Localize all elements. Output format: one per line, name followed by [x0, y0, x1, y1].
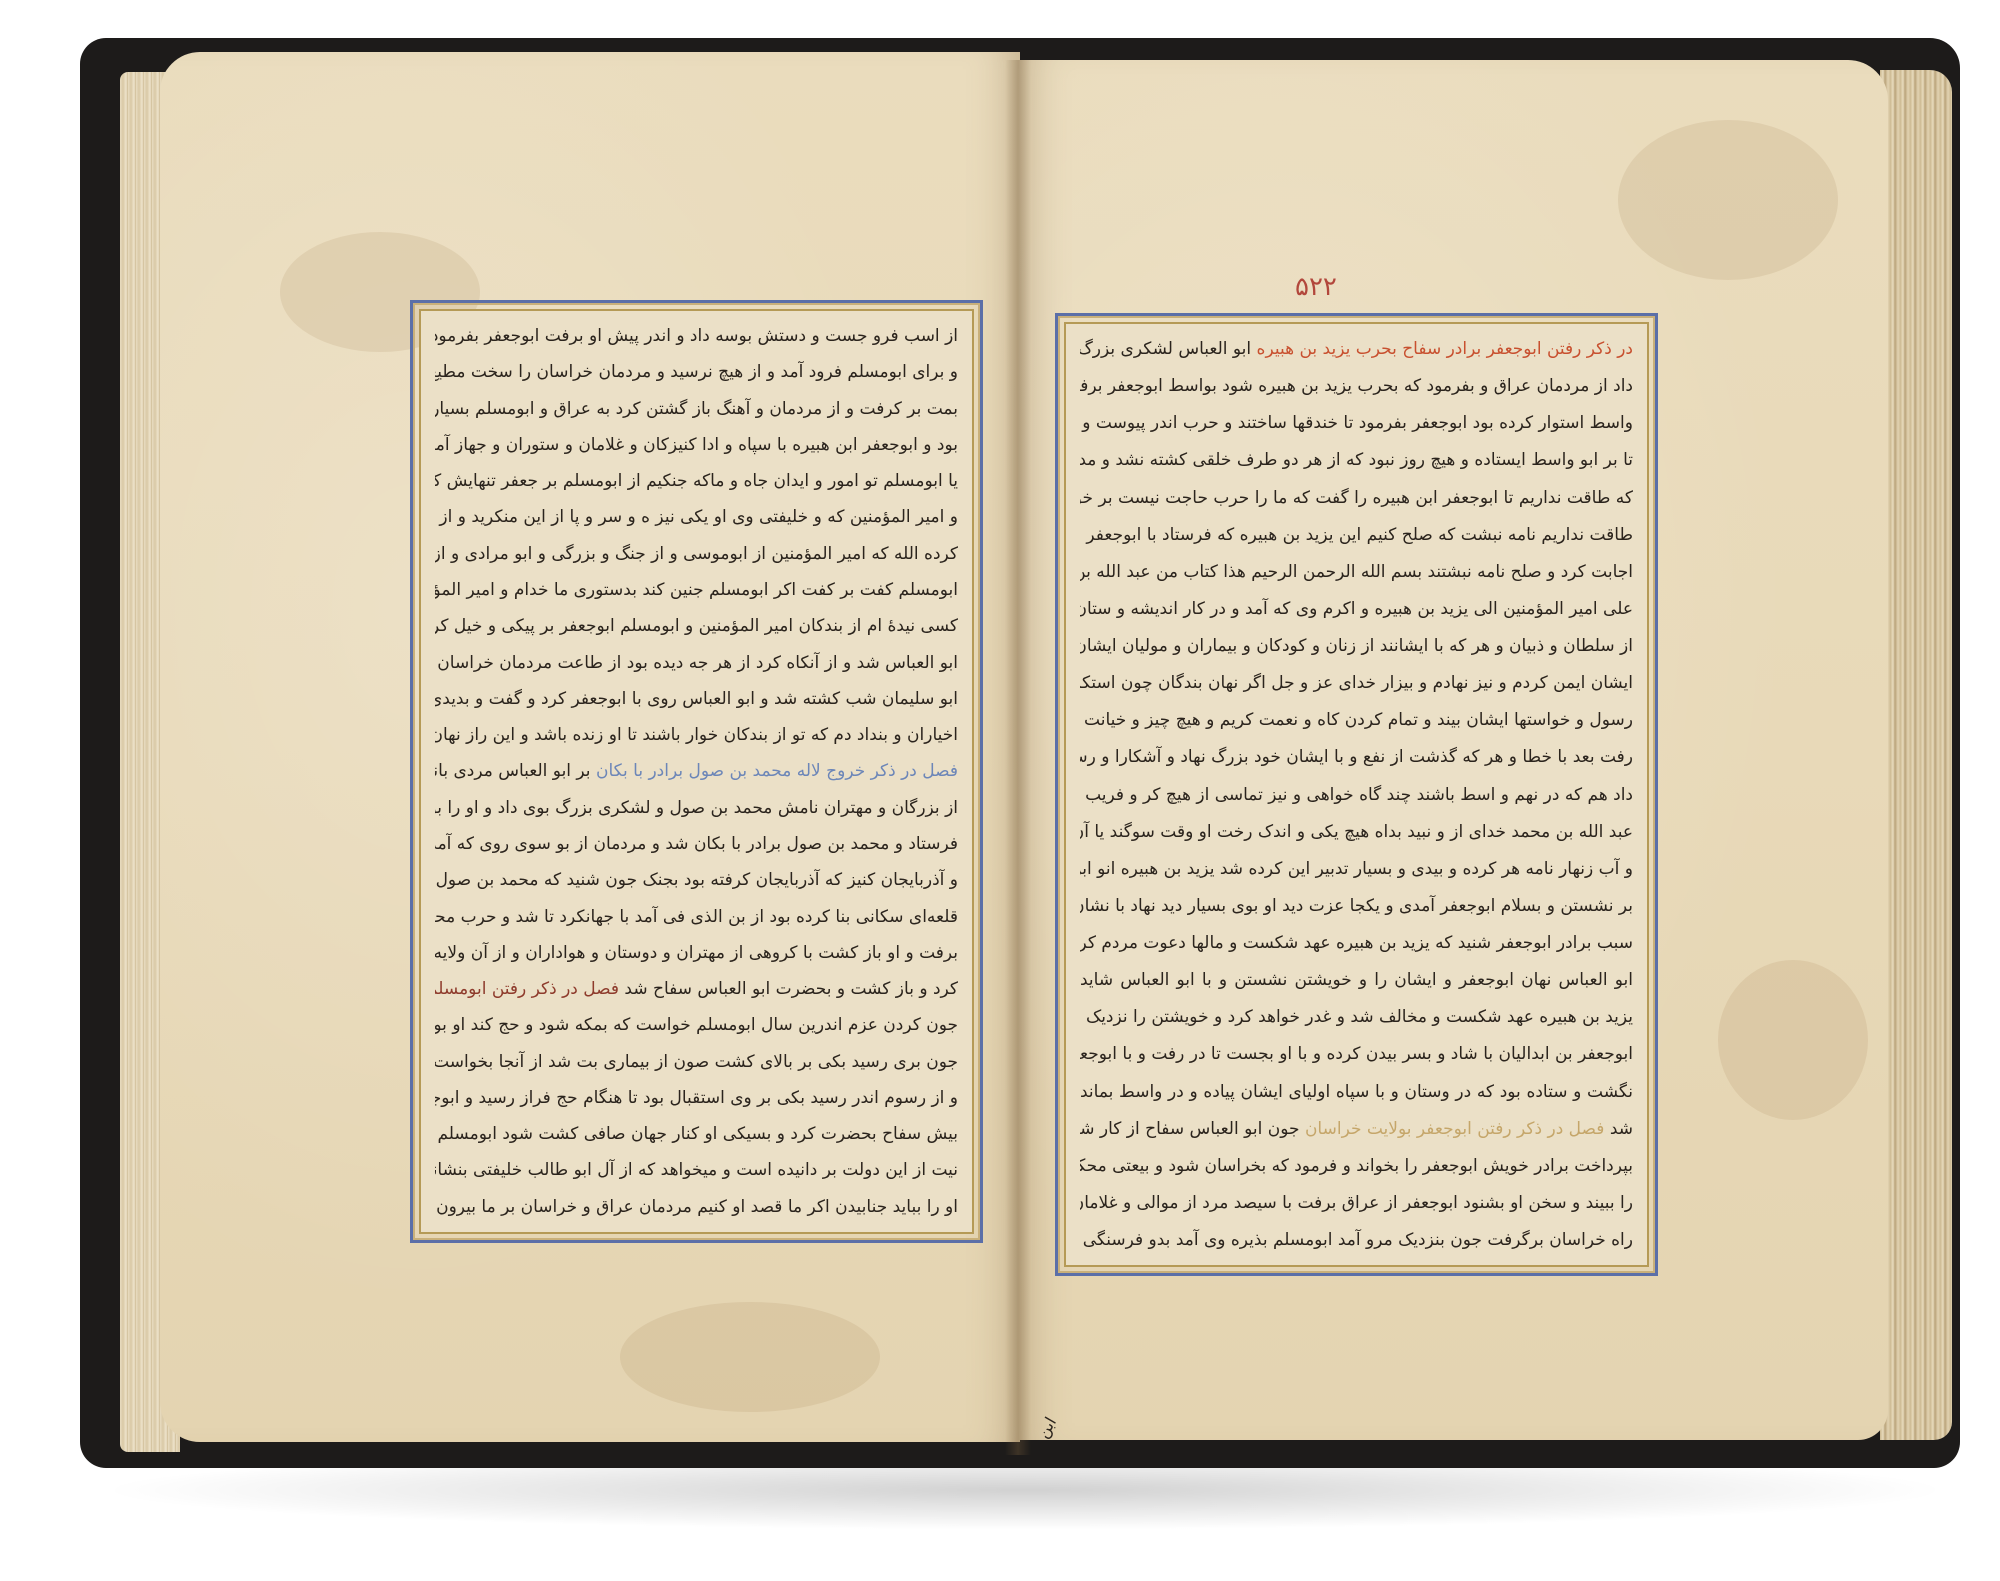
text-line: نیت از این دولت بر دانیده است و میخواهد …	[435, 1157, 958, 1183]
text-line: علی امیر المؤمنین الی یزید بن هبیره و اک…	[1080, 596, 1633, 622]
text-line: کرده الله که امیر المؤمنین از ابوموسی و …	[435, 541, 958, 567]
right-text-panel: در ذکر رفتن ابوجعفر برادر سفاح بحرب یزید…	[1064, 322, 1649, 1267]
text-line: و امیر المؤمنین که و خلیفتی وی او یکی نی…	[435, 504, 958, 530]
text-line: رسول و خواستها ایشان بیند و تمام کردن کا…	[1080, 707, 1633, 733]
right-text-frame: در ذکر رفتن ابوجعفر برادر سفاح بحرب یزید…	[1055, 313, 1658, 1276]
text-line: فرستاد و محمد بن صول برادر با بکان شد و …	[435, 831, 958, 857]
text-line: قلعه‌ای سکانی بنا کرده بود از بن الذی فی…	[435, 904, 958, 930]
text-line: از اسب فرو جست و دستش بوسه داد و اندر پی…	[435, 323, 958, 349]
right-text-lines: در ذکر رفتن ابوجعفر برادر سفاح بحرب یزید…	[1080, 336, 1633, 1253]
text-line: اجابت کرد و صلح نامه نبشتند بسم الله الر…	[1080, 559, 1633, 585]
folio-number: ۵۲۲	[1295, 272, 1337, 302]
text-line: کسی نیدهٔ ام از بندکان امیر المؤمنین و ا…	[435, 613, 958, 639]
text-line: ایشان ایمن کردم و نیز نهادم و بیزار خدای…	[1080, 670, 1633, 696]
text-line: راه خراسان برگرفت جون بنزدیک مرو آمد ابو…	[1080, 1227, 1633, 1253]
text-line: و از رسوم اندر رسید بکی بر وی استقبال بو…	[435, 1085, 958, 1111]
text-line: اخیاران و بنداد دم که تو از بندکان خوار …	[435, 722, 958, 748]
text-line: جون کردن عزم اندرین سال ابومسلم خواست که…	[435, 1012, 958, 1038]
text-line: رفت بعد با خطا و هر که گذشت از نفع و با …	[1080, 744, 1633, 770]
text-line: بیش سفاح بحضرت کرد و بسیکی او کنار جهان …	[435, 1121, 958, 1147]
rubric-heading-gold: فصل در ذکر رفتن ابوجعفر بولایت خراسان	[1305, 1119, 1604, 1139]
text-line: نگشت و ستاده بود که در وستان و با سپاه ا…	[1080, 1079, 1633, 1105]
left-text-lines: از اسب فرو جست و دستش بوسه داد و اندر پی…	[435, 323, 958, 1220]
text-line: ابو العباس نهان ابوجعفر و ایشان را و خوی…	[1080, 967, 1633, 993]
text-line: یزید بن هبیره عهد شکست و مخالف شد و غدر …	[1080, 1004, 1633, 1030]
right-page-edges	[1880, 70, 1952, 1440]
text-line: و برای ابومسلم فرود آمد و از هیچ نرسید و…	[435, 359, 958, 385]
text-line: ابوجعفر بن ابدالیان با شاد و بسر بیدن کر…	[1080, 1041, 1633, 1067]
text-line: او را بباید جنابیدن اکر ما قصد او کنیم م…	[435, 1194, 958, 1220]
text-line: بمت بر کرفت و از مردمان و آهنگ باز گشتن …	[435, 396, 958, 422]
text-fragment: بر ابو العباس مردی بانجامد	[435, 761, 591, 781]
left-text-frame: از اسب فرو جست و دستش بوسه داد و اندر پی…	[410, 300, 983, 1243]
text-line: عبد الله بن محمد خدای از و نبید بداه هیچ…	[1080, 819, 1633, 845]
text-fragment: کرد و باز کشت و بحضرت ابو العباس سفاح شد	[624, 979, 958, 999]
text-line: و آذربایجان کنیز که آذربایجان کرفته بود …	[435, 867, 958, 893]
text-line: سبب برادر ابوجعفر شنید که یزید بن هبیره …	[1080, 930, 1633, 956]
paper-stain	[1618, 120, 1838, 280]
text-line: بپرداخت برادر خویش ابوجعفر را بخواند و ف…	[1080, 1153, 1633, 1179]
text-line: از بزرگان و مهتران نامش محمد بن صول و لش…	[435, 795, 958, 821]
rubric-heading-maroon: فصل در ذکر رفتن ابومسلم از خراسان بحج کر…	[435, 979, 619, 999]
text-line: بود و ابوجعفر ابن هبیره با سپاه و ادا کن…	[435, 432, 958, 458]
text-line: داد از مردمان عراق و بفرمود که بحرب یزید…	[1080, 373, 1633, 399]
rubric-heading-red: در ذکر رفتن ابوجعفر برادر سفاح بحرب یزید…	[1257, 339, 1633, 359]
gutter-fold	[1005, 60, 1031, 1455]
text-line: و آب زنهار نامه هر کرده و بیدی و بسیار ت…	[1080, 856, 1633, 882]
text-line: را ببیند و سخن او بشنود ابوجعفر از عراق …	[1080, 1190, 1633, 1216]
text-line: ابو سلیمان شب کشته شد و ابو العباس روی ب…	[435, 686, 958, 712]
rubric-heading-blue: فصل در ذکر خروج لاله محمد بن صول برادر ب…	[596, 761, 958, 781]
paper-stain	[620, 1302, 880, 1412]
heading-line: شد فصل در ذکر رفتن ابوجعفر بولایت خراسان…	[1080, 1116, 1633, 1142]
text-fragment: جون ابو العباس سفاح از کار شام و عراق	[1080, 1119, 1300, 1139]
paper-stain	[1718, 960, 1868, 1120]
text-line: بر نشستن و بسلام ابوجعفر آمدی و یکجا عزت…	[1080, 893, 1633, 919]
text-line: ابومسلم کفت بر کفت اکر ابومسلم جنین کند …	[435, 577, 958, 603]
heading-line: فصل در ذکر خروج لاله محمد بن صول برادر ب…	[435, 758, 958, 784]
text-line: داد هم که در نهم و اسط باشند چند گاه خوا…	[1080, 782, 1633, 808]
text-line: تا بر ابو واسط ایستاده و هیچ روز نبود که…	[1080, 447, 1633, 473]
left-text-panel: از اسب فرو جست و دستش بوسه داد و اندر پی…	[419, 309, 974, 1234]
text-line: واسط استوار کرده بود ابوجعفر بفرمود تا خ…	[1080, 410, 1633, 436]
text-line: که طاقت نداریم تا ابوجعفر ابن هبیره را گ…	[1080, 485, 1633, 511]
heading-line: در ذکر رفتن ابوجعفر برادر سفاح بحرب یزید…	[1080, 336, 1633, 362]
text-line: برفت و او باز کشت با کروهی از مهتران و د…	[435, 940, 958, 966]
text-line: طاقت نداریم نامه نبشت که صلح کنیم این یز…	[1080, 522, 1633, 548]
text-fragment: شد	[1610, 1119, 1633, 1139]
manuscript-photo: ۵۲۲ از اسب فرو جست و دستش بوسه داد و اند…	[0, 0, 2000, 1581]
text-line: از سلطان و ذبیان و هر که با ایشانند از ز…	[1080, 633, 1633, 659]
heading-line: کرد و باز کشت و بحضرت ابو العباس سفاح شد…	[435, 976, 958, 1002]
text-fragment: ابو العباس لشکری بزرگ برابوجعفر	[1080, 339, 1251, 359]
text-line: جون بری رسید بکی بر بالای کشت صون از بیم…	[435, 1049, 958, 1075]
text-line: ابو العباس شد و از آنکاه کرد از هر جه دی…	[435, 650, 958, 676]
text-line: یا ابومسلم تو امور و ایدان جاه و ماکه جن…	[435, 468, 958, 494]
